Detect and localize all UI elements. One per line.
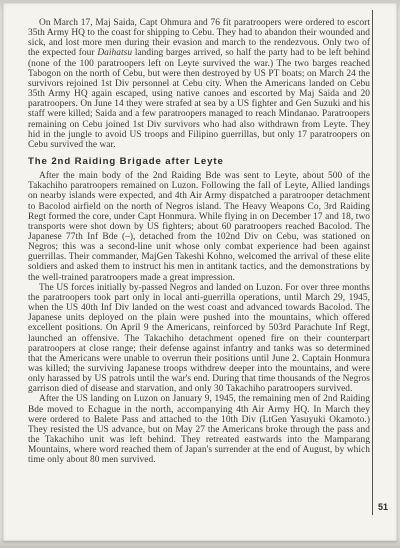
page-surface: On March 17, Maj Saida, Capt Ohmura and …: [3, 3, 397, 541]
section-heading: The 2nd Raiding Brigade after Leyte: [28, 156, 370, 167]
paragraph: The US forces initially by-passed Negros…: [28, 283, 370, 395]
text-flow: On March 17, Maj Saida, Capt Ohmura and …: [28, 18, 370, 466]
paragraph: On March 17, Maj Saida, Capt Ohmura and …: [28, 18, 370, 150]
scanned-book-page: On March 17, Maj Saida, Capt Ohmura and …: [0, 0, 400, 548]
page-number: 51: [378, 502, 388, 512]
paragraph: After the main body of the 2nd Raiding B…: [28, 171, 370, 283]
margin-rule: [372, 10, 373, 515]
paragraph: After the US landing on Luzon on January…: [28, 394, 370, 465]
